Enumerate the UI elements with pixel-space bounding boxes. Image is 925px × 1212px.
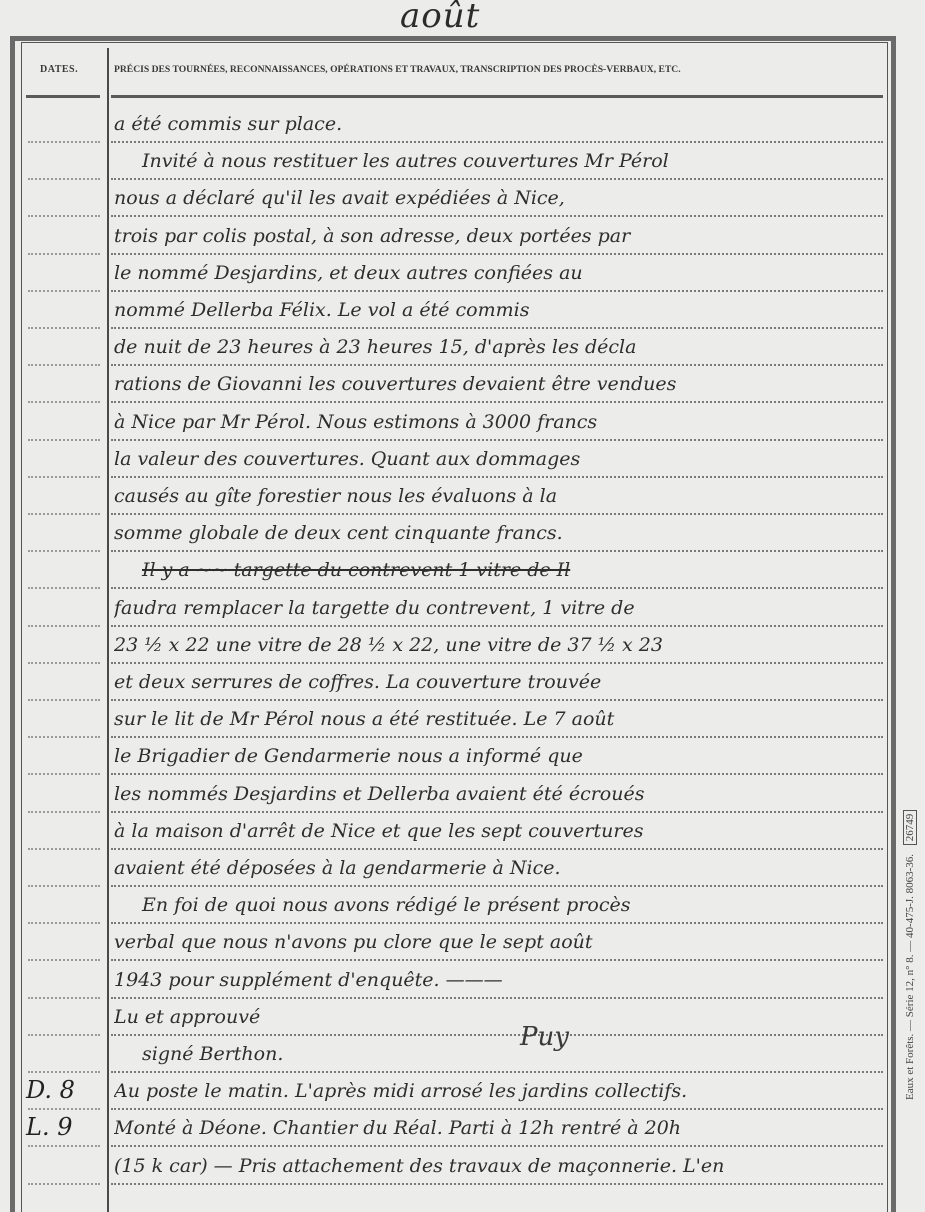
ruled-line-dates [28,290,100,292]
ruled-line-dates [28,959,100,961]
entry-text-line: Lu et approuvé [114,1006,889,1028]
ruled-line-text [111,401,883,403]
ruled-line-dates [28,215,100,217]
ruled-line-text [111,773,883,775]
ruled-line-dates [28,625,100,627]
ruled-line-dates [28,773,100,775]
entry-text-line: Invité à nous restituer les autres couve… [114,150,889,172]
ruled-line-text [111,178,883,180]
ruled-line-text [111,327,883,329]
ruled-line-dates [28,662,100,664]
ruled-line-text [111,141,883,143]
entry-text-line: trois par colis postal, à son adresse, d… [114,225,889,247]
entry-text-line: 23 ½ x 22 une vitre de 28 ½ x 22, une vi… [114,634,889,656]
header-rule-precis [111,95,883,98]
ruled-line-dates [28,922,100,924]
signature: Puy [520,1022,569,1052]
ruled-line-dates [28,1034,100,1036]
ruled-line-text [111,922,883,924]
ruled-line-dates [28,178,100,180]
ruled-line-dates [28,1108,100,1110]
ruled-line-text [111,736,883,738]
month-heading: août [400,0,480,36]
side-imprint-text: Eaux et Forêts. — Série 12, n° 8. — 40-4… [904,854,916,1100]
ruled-line-text [111,476,883,478]
entry-text-line: Il y a ~~ targette du contrevent 1 vitre… [114,559,889,581]
entry-text-line: Monté à Déone. Chantier du Réal. Parti à… [114,1117,889,1139]
ruled-line-dates [28,476,100,478]
ruled-line-dates [28,1145,100,1147]
entry-text-line: a été commis sur place. [114,113,889,135]
page-frame-inner [21,42,888,1212]
ruled-line-text [111,513,883,515]
entry-text-line: 1943 pour supplément d'enquête. ——— [114,969,889,991]
entry-date: D. 8 [26,1076,96,1104]
ruled-line-dates [28,253,100,255]
ruled-line-text [111,290,883,292]
ruled-line-text [111,1183,883,1185]
ruled-line-text [111,625,883,627]
entry-text-line: rations de Giovanni les couvertures deva… [114,373,889,395]
entry-text-line: causés au gîte forestier nous les évaluo… [114,485,889,507]
column-divider [107,48,109,1212]
table-header: DATES. PRÉCIS DES TOURNÉES, RECONNAISSAN… [22,48,888,94]
entry-text-line: le nommé Desjardins, et deux autres conf… [114,262,889,284]
header-dates: DATES. [40,64,78,75]
entry-text-line: les nommés Desjardins et Dellerba avaien… [114,783,889,805]
entry-text-line: En foi de quoi nous avons rédigé le prés… [114,894,889,916]
entry-text-line: nommé Dellerba Félix. Le vol a été commi… [114,299,889,321]
ruled-line-dates [28,327,100,329]
entry-date: L. 9 [26,1113,96,1141]
ruled-line-text [111,587,883,589]
ruled-line-dates [28,439,100,441]
ruled-line-dates [28,811,100,813]
ruled-line-dates [28,1183,100,1185]
ruled-line-text [111,550,883,552]
ruled-line-text [111,1071,883,1073]
ruled-line-dates [28,364,100,366]
ruled-line-dates [28,736,100,738]
ruled-line-text [111,1034,883,1036]
ruled-line-text [111,364,883,366]
ruled-line-text [111,848,883,850]
ruled-line-text [111,439,883,441]
ruled-line-text [111,662,883,664]
entry-text-line: somme globale de deux cent cinquante fra… [114,522,889,544]
entry-text-line: le Brigadier de Gendarmerie nous a infor… [114,745,889,767]
ruled-line-dates [28,550,100,552]
ruled-line-text [111,215,883,217]
ruled-line-dates [28,587,100,589]
entry-text-line: (15 k car) — Pris attachement des travau… [114,1155,889,1177]
entry-text-line: faudra remplacer la targette du contreve… [114,597,889,619]
ruled-line-dates [28,699,100,701]
entry-text-line: signé Berthon. [114,1043,889,1065]
entry-text-line: à la maison d'arrêt de Nice et que les s… [114,820,889,842]
ruled-line-text [111,997,883,999]
ruled-line-dates [28,401,100,403]
ruled-line-text [111,811,883,813]
entry-text-line: Au poste le matin. L'après midi arrosé l… [114,1080,889,1102]
ruled-line-text [111,1108,883,1110]
ruled-line-text [111,959,883,961]
ruled-line-dates [28,885,100,887]
entry-text-line: sur le lit de Mr Pérol nous a été restit… [114,708,889,730]
header-rule-dates [26,95,100,98]
entry-text-line: nous a déclaré qu'il les avait expédiées… [114,187,889,209]
ruled-line-dates [28,997,100,999]
ruled-line-text [111,1145,883,1147]
ruled-line-dates [28,1071,100,1073]
ruled-line-text [111,699,883,701]
entry-text-line: avaient été déposées à la gendarmerie à … [114,857,889,879]
entry-text-line: la valeur des couvertures. Quant aux dom… [114,448,889,470]
ruled-line-dates [28,141,100,143]
ruled-line-text [111,885,883,887]
side-imprint: Eaux et Forêts. — Série 12, n° 8. — 40-4… [904,810,916,1100]
ruled-line-text [111,253,883,255]
entry-text-line: à Nice par Mr Pérol. Nous estimons à 300… [114,411,889,433]
side-imprint-number: 26749 [903,810,917,846]
ruled-line-dates [28,513,100,515]
entry-text-line: verbal que nous n'avons pu clore que le … [114,931,889,953]
entry-text-line: de nuit de 23 heures à 23 heures 15, d'a… [114,336,889,358]
entry-text-line: et deux serrures de coffres. La couvertu… [114,671,889,693]
ruled-line-dates [28,848,100,850]
header-precis: PRÉCIS DES TOURNÉES, RECONNAISSANCES, OP… [114,64,884,75]
